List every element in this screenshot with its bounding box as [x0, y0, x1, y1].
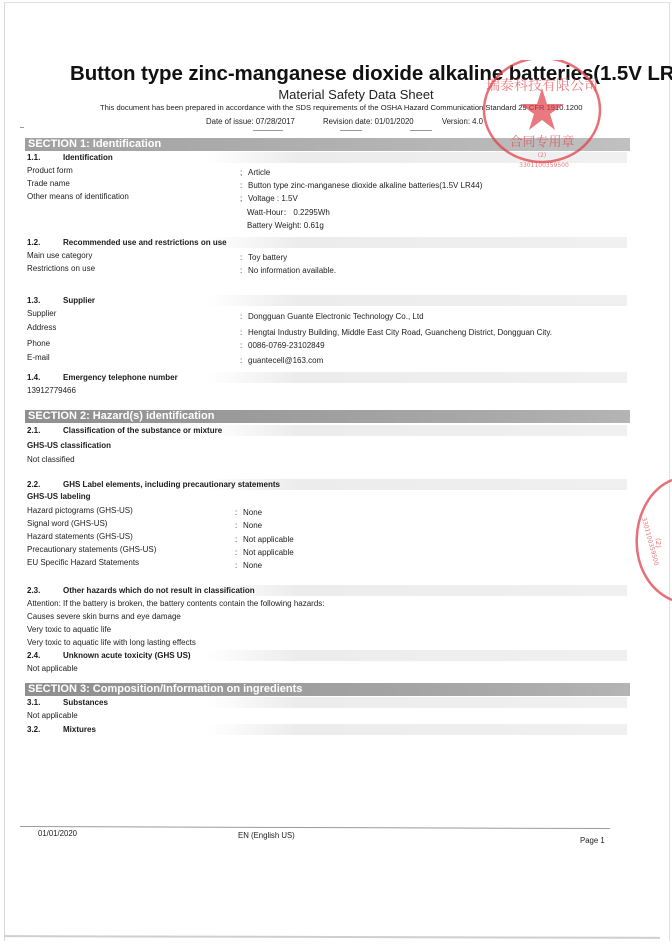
label-row-value: :Not applicable — [235, 535, 294, 544]
address-value: :Hengtai Industry Building, Middle East … — [240, 328, 552, 337]
footer-language: EN (English US) — [238, 831, 295, 840]
phone-label: Phone — [27, 339, 50, 348]
substances-value: Not applicable — [27, 711, 78, 720]
footer-page: Page 1 — [580, 836, 605, 845]
subsection-2-3: 2.3.Other hazards which do not result in… — [27, 585, 627, 596]
trade-name-label: Trade name — [27, 179, 70, 188]
subsection-2-2: 2.2.GHS Label elements, including precau… — [27, 479, 627, 490]
label-row-label: Precautionary statements (GHS-US) — [27, 545, 156, 554]
emergency-number: 13912779466 — [27, 386, 76, 395]
watt-hour-value: Watt-Hour： 0.2295Wh — [247, 207, 330, 218]
email-value: :guantecell@163.com — [240, 356, 323, 365]
main-use-label: Main use category — [27, 251, 92, 260]
address-label: Address — [27, 323, 56, 332]
label-row-label: EU Specific Hazard Statements — [27, 558, 139, 567]
section-1-header: SECTION 1: Identification — [25, 138, 630, 151]
divider — [410, 130, 432, 131]
section-2-header: SECTION 2: Hazard(s) identification — [25, 410, 630, 423]
subsection-2-4: 2.4.Unknown acute toxicity (GHS US) — [27, 650, 627, 661]
subsection-1-4: 1.4.Emergency telephone number — [27, 372, 627, 383]
label-row-label: Signal word (GHS-US) — [27, 519, 107, 528]
restrictions-value: :No information available. — [240, 266, 336, 275]
other-hazard-line: Very toxic to aquatic life — [27, 625, 111, 634]
restrictions-label: Restrictions on use — [27, 264, 95, 273]
acute-toxicity-value: Not applicable — [27, 664, 78, 673]
ghs-classification-value: Not classified — [27, 455, 75, 464]
label-row-value: :None — [235, 561, 262, 570]
ghs-labeling-heading: GHS-US labeling — [27, 492, 91, 501]
phone-value: :0086-0769-23102849 — [240, 341, 325, 350]
supplier-label: Supplier — [27, 309, 56, 318]
other-hazard-line: Attention: If the battery is broken, the… — [27, 599, 325, 608]
label-row-value: :None — [235, 508, 262, 517]
other-hazard-line: Causes severe skin burns and eye damage — [27, 612, 181, 621]
subsection-1-1: 1.1.Identification — [27, 152, 627, 163]
other-means-label: Other means of identification — [27, 192, 129, 201]
label-row-label: Hazard pictograms (GHS-US) — [27, 506, 133, 515]
subsection-1-3: 1.3.Supplier — [27, 295, 627, 306]
other-hazard-line: Very toxic to aquatic life with long las… — [27, 638, 196, 647]
product-form-label: Product form — [27, 166, 73, 175]
revision-date: Revision date: 01/01/2020 — [323, 117, 414, 126]
issue-info: Date of issue: 07/28/2017 Revision date:… — [206, 117, 509, 126]
label-row-value: :None — [235, 521, 262, 530]
document-title: Button type zinc-manganese dioxide alkal… — [70, 62, 672, 86]
subsection-1-2: 1.2.Recommended use and restrictions on … — [27, 237, 627, 248]
battery-weight-value: Battery Weight: 0.61g — [247, 221, 324, 230]
divider — [253, 130, 283, 131]
subsection-3-2: 3.2.Mixtures — [27, 724, 627, 735]
date-of-issue: Date of issue: 07/28/2017 — [206, 117, 295, 126]
voltage-value: ;Voltage : 1.5V — [240, 194, 298, 203]
footer-date: 01/01/2020 — [38, 829, 77, 838]
email-label: E-mail — [27, 353, 50, 362]
document-subtitle: Material Safety Data Sheet — [0, 87, 672, 102]
product-form-value: ;Article — [240, 168, 270, 177]
divider — [340, 130, 362, 131]
label-row-value: :Not applicable — [235, 548, 294, 557]
label-row-label: Hazard statements (GHS-US) — [27, 532, 133, 541]
ghs-classification-heading: GHS-US classification — [27, 441, 111, 450]
main-use-value: :Toy battery — [240, 253, 287, 262]
version: Version: 4.0 — [442, 117, 483, 126]
section-3-header: SECTION 3: Composition/Information on in… — [25, 683, 630, 696]
trade-name-value: :Button type zinc-manganese dioxide alka… — [240, 181, 482, 190]
supplier-value: :Dongguan Guante Electronic Technology C… — [240, 312, 424, 321]
divider — [20, 127, 24, 128]
subsection-2-1: 2.1.Classification of the substance or m… — [27, 425, 627, 436]
osha-note: This document has been prepared in accor… — [100, 103, 582, 112]
subsection-3-1: 3.1.Substances — [27, 697, 627, 708]
